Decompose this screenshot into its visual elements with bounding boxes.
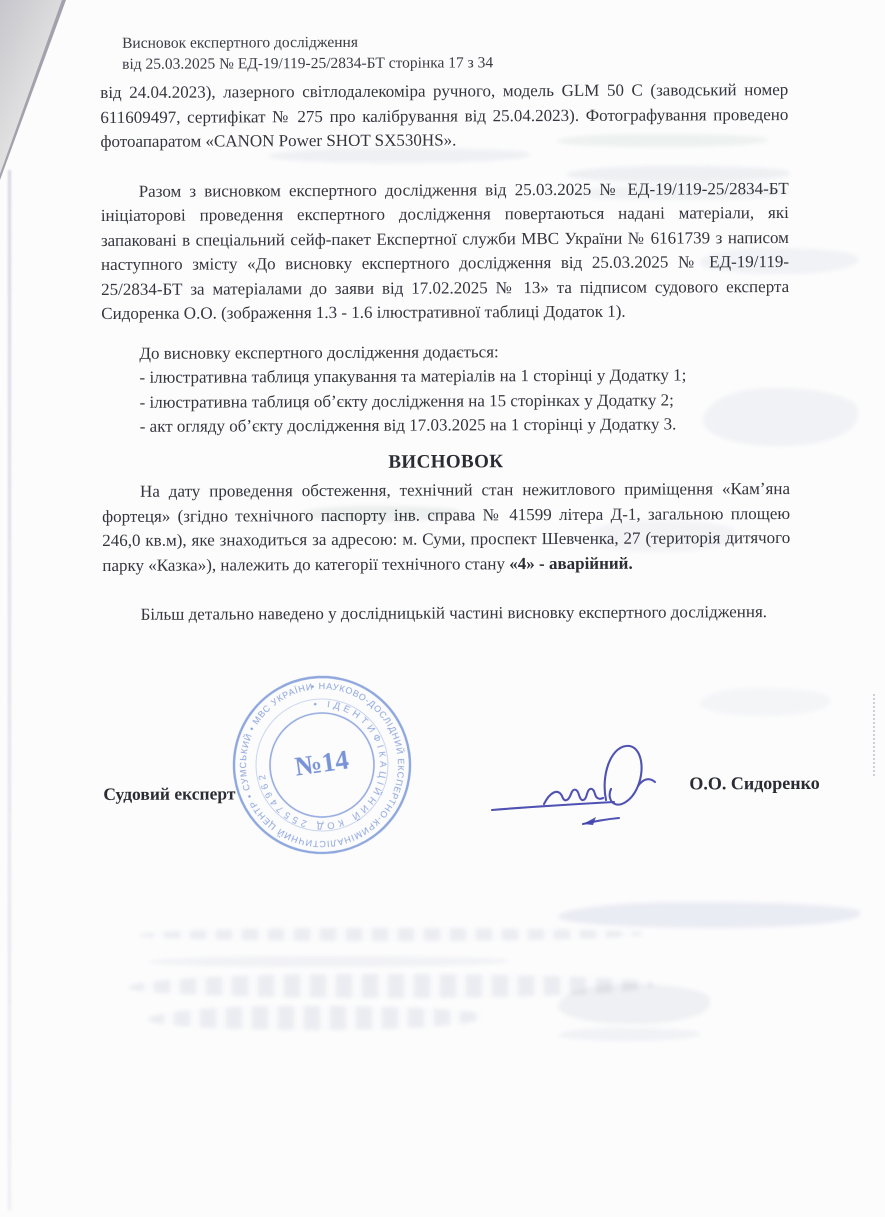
bleedthrough-smudge [300, 506, 460, 521]
bleedthrough-smudge [700, 688, 830, 716]
header-title-line: Висновок експертного дослідження [122, 31, 788, 54]
signature-role-label: Судовий експерт [103, 781, 235, 806]
attachment-item-2: - ілюстративна таблиця об’єкту досліджен… [102, 387, 790, 415]
bleedthrough-smudge [566, 186, 790, 200]
bleedthrough-smudge [566, 166, 790, 182]
bleedthrough-smudge [700, 248, 858, 274]
signature-strokes [486, 732, 681, 837]
page-right-edge-mark [873, 694, 875, 776]
bleedthrough-smudge [558, 1028, 700, 1041]
bleedthrough-smudge [703, 388, 858, 446]
official-round-stamp: • НАУКОВО-ДОСЛІДНИЙ ЕКСПЕРТНО-КРИМІНАЛІС… [215, 658, 430, 873]
stamp-seal-graphic: • НАУКОВО-ДОСЛІДНИЙ ЕКСПЕРТНО-КРИМІНАЛІС… [215, 658, 430, 873]
closing-paragraph: Більш детально наведено у дослідницькій … [103, 600, 791, 628]
scanned-page: Висновок експертного дослідження від 25.… [0, 0, 885, 1217]
signature-expert-name: О.О. Сидоренко [689, 771, 820, 796]
bleedthrough-smudge [558, 902, 860, 928]
bleedthrough-smudge [148, 956, 508, 967]
document-header: Висновок експертного дослідження від 25.… [122, 27, 788, 75]
bleedthrough-text-line [138, 928, 643, 941]
conclusion-verdict: «4» - аварійний. [509, 553, 633, 573]
stamp-number: №14 [293, 744, 351, 781]
bleedthrough-smudge [558, 984, 710, 1024]
page-left-edge-shadow [8, 170, 11, 1210]
header-reference-line: від 25.03.2025 № ЕД-19/119-25/2834-БТ ст… [122, 51, 788, 74]
attachment-item-3: - акт огляду об’єкту дослідження від 17.… [102, 412, 790, 440]
conclusion-heading: ВИСНОВОК [102, 448, 790, 476]
attachment-item-1: - ілюстративна таблиця упакування та мат… [101, 363, 789, 391]
handwritten-signature [486, 732, 681, 837]
bleedthrough-smudge [268, 148, 530, 163]
bleedthrough-smudge [586, 520, 736, 552]
bleedthrough-text-line [148, 1006, 483, 1030]
bleedthrough-smudge [556, 134, 768, 147]
page-corner-shadow [0, 0, 70, 180]
attachments-intro: До висновку експертного дослідження дода… [101, 338, 789, 366]
